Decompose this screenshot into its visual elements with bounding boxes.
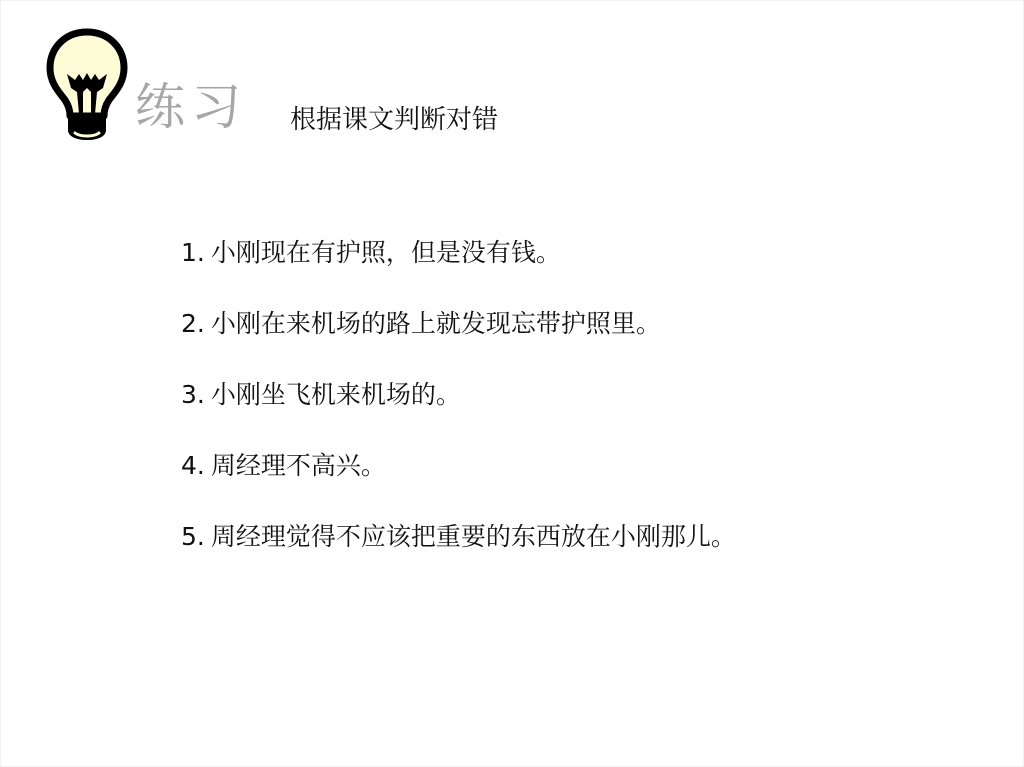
question-text: 周经理觉得不应该把重要的东西放在小刚那儿。: [211, 522, 736, 551]
question-number: 2.: [181, 309, 205, 338]
question-item: 4.周经理不高兴。: [181, 448, 736, 519]
question-number: 1.: [181, 238, 205, 267]
question-item: 2.小刚在来机场的路上就发现忘带护照里。: [181, 306, 736, 377]
slide-title: 练习: [135, 77, 247, 137]
question-item: 1.小刚现在有护照，但是没有钱。: [181, 235, 736, 306]
slide-subtitle: 根据课文判断对错: [290, 103, 498, 137]
lightbulb-icon: [45, 28, 129, 142]
question-item: 3.小刚坐飞机来机场的。: [181, 377, 736, 448]
question-item: 5.周经理觉得不应该把重要的东西放在小刚那儿。: [181, 519, 736, 590]
question-number: 3.: [181, 380, 205, 409]
question-text: 周经理不高兴。: [211, 451, 386, 480]
question-list: 1.小刚现在有护照，但是没有钱。 2.小刚在来机场的路上就发现忘带护照里。 3.…: [181, 235, 736, 590]
question-number: 5.: [181, 522, 205, 551]
slide: 练习 根据课文判断对错 1.小刚现在有护照，但是没有钱。 2.小刚在来机场的路上…: [0, 0, 1024, 767]
question-text: 小刚坐飞机来机场的。: [211, 380, 461, 409]
question-text: 小刚在来机场的路上就发现忘带护照里。: [211, 309, 661, 338]
question-number: 4.: [181, 451, 205, 480]
question-text: 小刚现在有护照，但是没有钱。: [211, 238, 561, 267]
